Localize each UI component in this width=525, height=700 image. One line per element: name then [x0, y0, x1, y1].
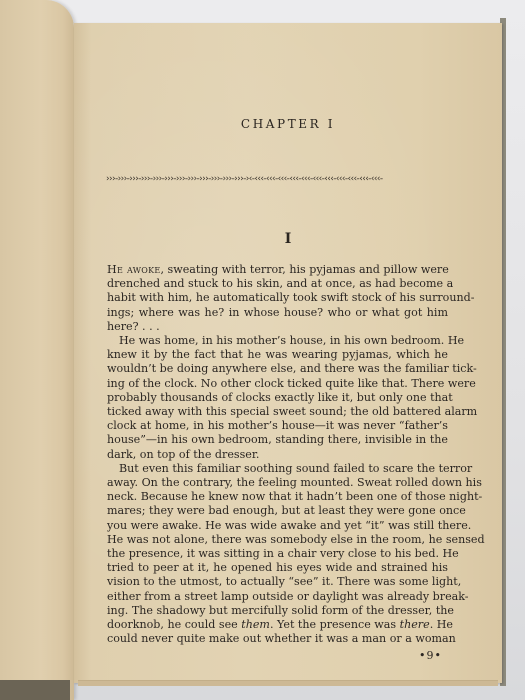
italic-text: there [400, 618, 430, 631]
chapter-heading: CHAPTER I [74, 117, 502, 131]
text-line: house”—in his own bedroom, standing ther… [107, 433, 448, 447]
text-line: habit with him, he automatically took sw… [107, 291, 448, 305]
text-line: tried to peer at it, he opened his eyes … [107, 561, 448, 575]
text-line: He was not alone, there was somebody els… [107, 533, 448, 547]
text-line: away. On the contrary, the feeling mount… [107, 476, 448, 490]
text-line: But even this familiar soothing sound fa… [107, 462, 448, 476]
body-text: He awoke, sweating with terror, his pyja… [107, 263, 448, 646]
paragraph-3: But even this familiar soothing sound fa… [107, 462, 448, 647]
page-number: •9• [382, 649, 442, 662]
text-line: doorknob, he could see them. Yet the pre… [107, 618, 448, 632]
text-line: ing of the clock. No other clock ticked … [107, 377, 448, 391]
text-line: could never quite make out whether it wa… [107, 632, 448, 646]
text-line: clock at home, in his mother’s house—it … [107, 419, 448, 433]
text-line: He awoke, sweating with terror, his pyja… [107, 263, 448, 277]
paragraph-2: He was home, in his mother’s house, in h… [107, 334, 448, 462]
section-number: I [74, 231, 502, 247]
text-line: mares; they were bad enough, but at leas… [107, 504, 448, 518]
italic-text: them [241, 618, 270, 631]
text-line: probably thousands of clocks exactly lik… [107, 391, 448, 405]
book-page: CHAPTER I ›››-›››-›››-›››-›››-›››-›››-››… [74, 23, 502, 683]
ornamental-divider: ›››-›››-›››-›››-›››-›››-›››-›››-›››-›››-… [106, 174, 446, 184]
text-line: either from a street lamp outside or day… [107, 590, 448, 604]
text-line: you were awake. He was wide awake and ye… [107, 519, 448, 533]
text-line: here? . . . [107, 320, 448, 334]
text-line: the presence, it was sitting in a chair … [107, 547, 448, 561]
text-line: dark, on top of the dresser. [107, 448, 448, 462]
text-line: ings; where was he? in whose house? who … [107, 306, 448, 320]
text-line: ing. The shadowy but mercifully solid fo… [107, 604, 448, 618]
lead-small-caps: He awoke [107, 263, 161, 276]
paragraph-1: He awoke, sweating with terror, his pyja… [107, 263, 448, 334]
text-line: wouldn’t be doing anywhere else, and the… [107, 362, 448, 376]
left-page-edge [0, 0, 74, 700]
page-bottom-edge [78, 680, 498, 686]
text-line: vision to the utmost, to actually “see” … [107, 575, 448, 589]
text-line: neck. Because he knew now that it hadn’t… [107, 490, 448, 504]
text-line: drenched and stuck to his skin, and at o… [107, 277, 448, 291]
text-line: knew it by the fact that he was wearing … [107, 348, 448, 362]
book-spine-bottom [0, 680, 70, 700]
text-line: He was home, in his mother’s house, in h… [107, 334, 448, 348]
text-line: ticked away with this special sweet soun… [107, 405, 448, 419]
